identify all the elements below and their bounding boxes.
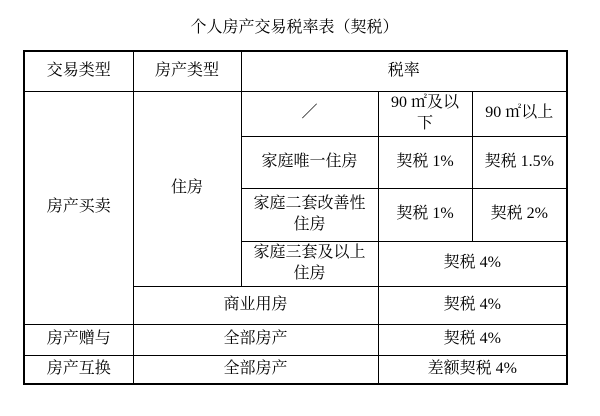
cell-housing-type-third: 家庭三套及以上 住房 <box>241 241 378 286</box>
cell-area-above-90: 90 ㎡以上 <box>472 91 567 136</box>
cell-scope-exchange: 全部房产 <box>133 355 378 384</box>
cell-transaction-gift: 房产赠与 <box>24 324 133 355</box>
cell-housing-type-second: 家庭二套改善性 住房 <box>241 188 378 241</box>
tax-rate-table: 交易类型 房产类型 税率 房产买卖 住房 ／ 90 ㎡及以 下 90 ㎡以上 家… <box>23 50 568 385</box>
cell-rate-second-above: 契税 2% <box>472 188 567 241</box>
header-property-type: 房产类型 <box>133 51 241 91</box>
cell-rate-gift: 契税 4% <box>378 324 567 355</box>
cell-property-commercial: 商业用房 <box>133 286 378 324</box>
cell-transaction-exchange: 房产互换 <box>24 355 133 384</box>
header-transaction-type: 交易类型 <box>24 51 133 91</box>
cell-rate-only-below: 契税 1% <box>378 136 472 188</box>
cell-rate-commercial: 契税 4% <box>378 286 567 324</box>
cell-scope-gift: 全部房产 <box>133 324 378 355</box>
cell-rate-third: 契税 4% <box>378 241 567 286</box>
cell-rate-exchange: 差额契税 4% <box>378 355 567 384</box>
cell-rate-only-above: 契税 1.5% <box>472 136 567 188</box>
table-row-gift: 房产赠与 全部房产 契税 4% <box>24 324 567 355</box>
header-tax-rate: 税率 <box>241 51 567 91</box>
cell-transaction-sale: 房产买卖 <box>24 91 133 324</box>
cell-housing-type-only: 家庭唯一住房 <box>241 136 378 188</box>
cell-property-housing: 住房 <box>133 91 241 286</box>
table-row-area-header: 房产买卖 住房 ／ 90 ㎡及以 下 90 ㎡以上 <box>24 91 567 136</box>
document-page: 个人房产交易税率表（契税） 交易类型 房产类型 税率 房产买卖 住房 ／ 90 … <box>0 0 600 416</box>
cell-area-below-90: 90 ㎡及以 下 <box>378 91 472 136</box>
table-row-header: 交易类型 房产类型 税率 <box>24 51 567 91</box>
page-title: 个人房产交易税率表（契税） <box>23 18 566 38</box>
cell-rate-second-below: 契税 1% <box>378 188 472 241</box>
cell-area-slash: ／ <box>241 91 378 136</box>
table-row-exchange: 房产互换 全部房产 差额契税 4% <box>24 355 567 384</box>
